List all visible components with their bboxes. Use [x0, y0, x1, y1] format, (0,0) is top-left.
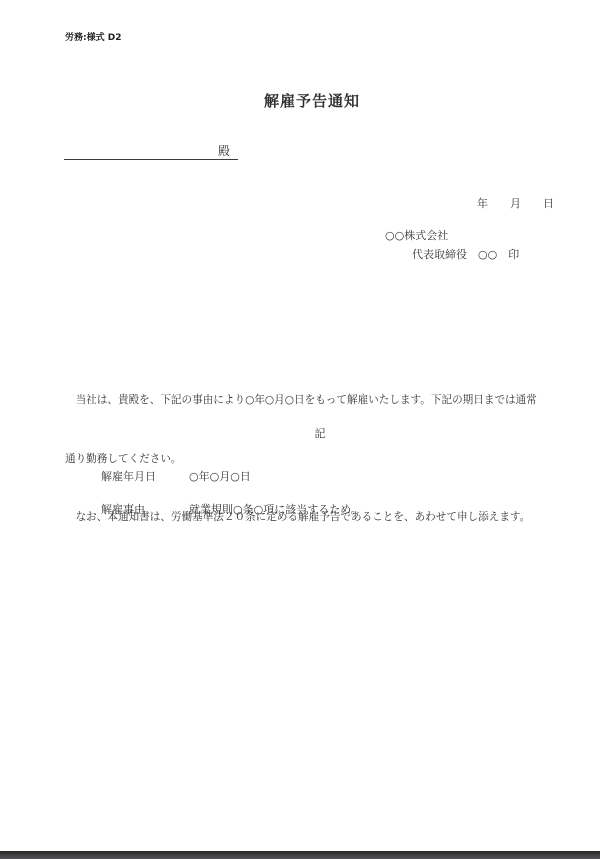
form-code-label: 労務:様式 D2: [65, 30, 121, 43]
dismissal-reason-row: 解雇事由就業規則○条○項に該当するため。: [87, 488, 362, 530]
dismissal-date-value: ○年○月○日: [189, 470, 251, 483]
document-page: 労務:様式 D2 解雇予告通知 殿 年 月 日 ○○株式会社 代表取締役 ○○ …: [0, 0, 600, 859]
recipient-name-line: 殿: [64, 143, 238, 160]
viewer-bottom-edge: [0, 851, 600, 859]
dismissal-date-label: 解雇年月日: [101, 468, 189, 484]
company-name: ○○株式会社: [385, 227, 448, 243]
date-line: 年 月 日: [477, 195, 554, 211]
record-marker: 記: [65, 425, 575, 441]
document-title: 解雇予告通知: [65, 90, 559, 111]
recipient-honorific: 殿: [218, 144, 230, 158]
dismissal-reason-value: 就業規則○条○項に該当するため。: [189, 503, 362, 516]
company-signer-seal: 代表取締役 ○○ 印: [412, 246, 519, 262]
dismissal-reason-label: 解雇事由: [101, 501, 189, 517]
body-line-1: 当社は、貴殿を、下記の事由により○年○月○日をもって解雇いたします。下記の期日ま…: [65, 391, 561, 411]
